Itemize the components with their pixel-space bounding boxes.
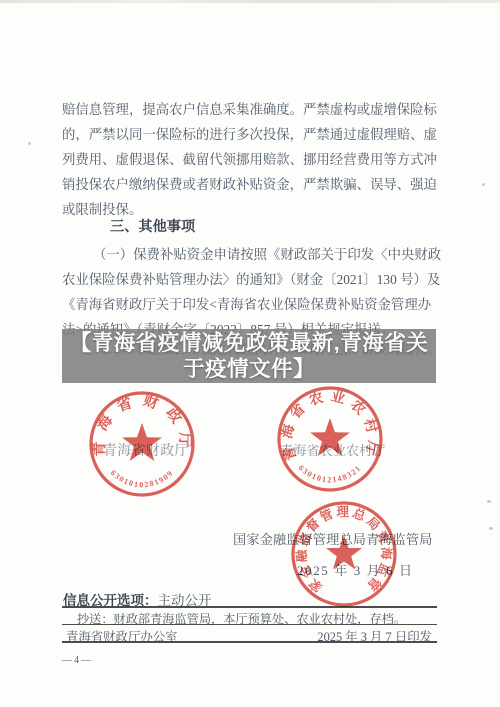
footer-divider — [62, 624, 437, 625]
seal-number: 6301010281909 — [109, 468, 176, 489]
watermark-line-1: 【青海省疫情减免政策最新,青海省关 — [70, 330, 428, 356]
section-heading: 三、其他事项 — [110, 215, 195, 240]
scan-dot-artifact — [487, 500, 491, 503]
body-paragraph-2: （一）保费补贴资金申请按照《财政部关于印发〈中央财政 农业保险保费补贴管理办法〉… — [62, 242, 440, 342]
watermark-banner: 【青海省疫情减免政策最新,青海省关 于疫情文件】 — [62, 329, 436, 383]
body-line: 《青海省财政厅关于印发<青海省农业保险保费补贴资金管理办 — [62, 292, 440, 317]
star-icon — [310, 418, 350, 456]
scan-dot-artifact — [482, 183, 485, 186]
regulator-seal: 国家金融监督管理总局青海监管局 — [289, 499, 399, 609]
body-line: 销投保农户缴纳保费或者财政补贴资金，严禁欺骗、误导、强迫 — [62, 172, 440, 197]
body-line: 农业保险保费补贴管理办法〉的通知》（财金〔2021〕130 号）及 — [62, 267, 440, 292]
body-line: （一）保费补贴资金申请按照《财政部关于印发〈中央财政 — [62, 242, 440, 267]
scanned-document-page: 赔信息管理，提高农户信息采集准确度。严禁虚构或虚增保险标 的，严禁以同一保险标的… — [0, 0, 500, 707]
body-line: 列费用、虚假退保、截留代领挪用赔款、挪用经营费用等方式冲 — [62, 147, 440, 172]
page-number: —4— — [62, 655, 93, 666]
seal-number: 6301012148321 — [297, 463, 364, 484]
scan-dot-artifact — [28, 142, 31, 145]
star-icon — [326, 535, 362, 569]
body-line: 赔信息管理，提高农户信息采集准确度。严禁虚构或虚增保险标 — [62, 97, 440, 122]
watermark-line-2: 于疫情文件】 — [183, 356, 315, 382]
scan-edge-artifact — [0, 0, 500, 3]
agriculture-seal: 青海省农业农村厅 6301012148321 — [275, 384, 385, 494]
footer-divider — [62, 641, 437, 643]
body-line: 的，严禁以同一保险标的进行多次投保，严禁通过虚假理赔、虚 — [62, 122, 440, 147]
star-icon — [122, 423, 162, 461]
scan-dot-artifact — [489, 527, 493, 530]
body-paragraph-1: 赔信息管理，提高农户信息采集准确度。严禁虚构或虚增保险标 的，严禁以同一保险标的… — [62, 97, 440, 222]
finance-seal: 青海省财政厅 6301010281909 — [87, 389, 197, 499]
